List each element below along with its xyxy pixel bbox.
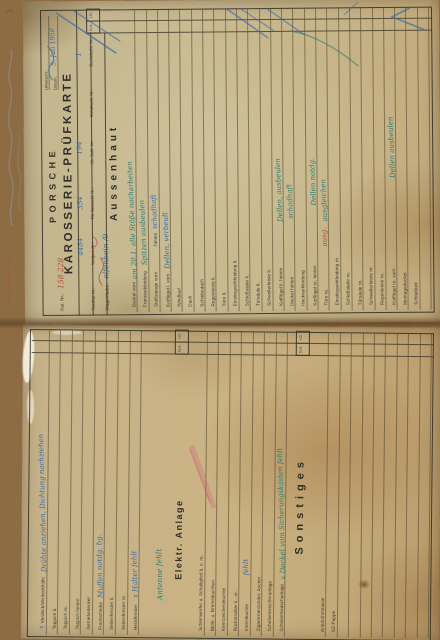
margin-pencil-scribbles [0, 0, 440, 640]
scanned-pruefkarte: Kar. Nr.: 158 228 PORSCHE Unterschr.: Da… [0, 0, 440, 640]
